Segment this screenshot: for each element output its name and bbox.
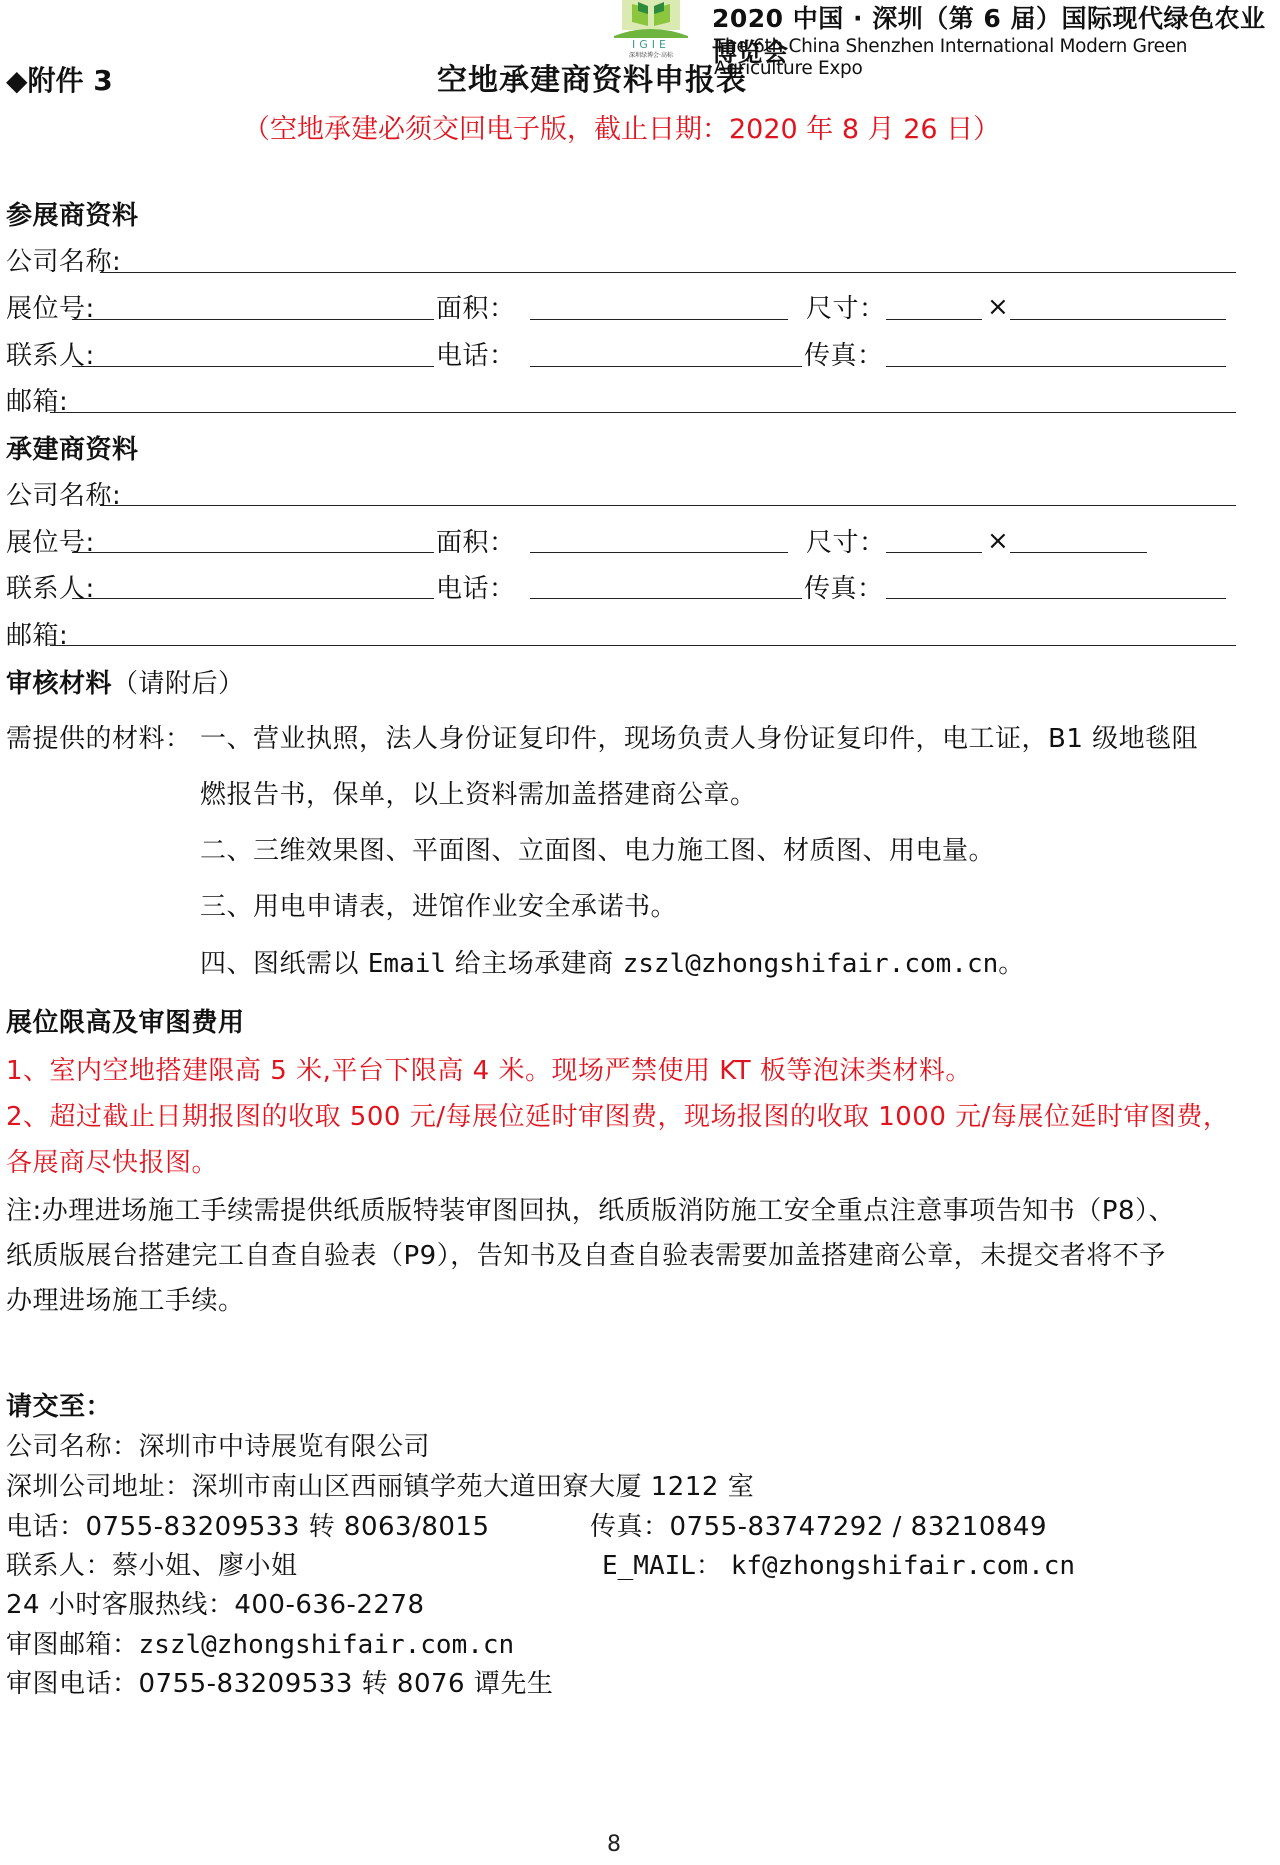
note-line-3: 办理进场施工手续。: [6, 1284, 245, 1318]
submit-fax: 传真：0755-83747292 / 83210849: [590, 1510, 1047, 1544]
review-item-1-cont: 燃报告书，保单，以上资料需加盖搭建商公章。: [200, 778, 757, 812]
exhibitor-size-label: 尺寸：: [806, 292, 886, 326]
submit-review-phone: 审图电话：0755-83209533 转 8076 谭先生: [6, 1667, 553, 1701]
exhibitor-company-field[interactable]: [100, 272, 1236, 273]
contractor-heading: 承建商资料: [6, 433, 139, 467]
limits-heading: 展位限高及审图费用: [6, 1006, 245, 1040]
contractor-company-field[interactable]: [100, 505, 1236, 506]
exhibitor-phone-label: 电话：: [436, 339, 516, 373]
exhibitor-fax-field[interactable]: [886, 366, 1226, 367]
expo-title-en: The 6th China Shenzhen International Mod…: [714, 36, 1280, 80]
contractor-booth-label: 展位号:: [6, 526, 95, 560]
page-number: 8: [607, 1830, 621, 1860]
svg-text:深圳绿博会·高标: 深圳绿博会·高标: [629, 51, 674, 58]
submit-hotline: 24 小时客服热线：400-636-2278: [6, 1588, 425, 1622]
contractor-size-height-field[interactable]: [1010, 552, 1147, 553]
exhibitor-email-field[interactable]: [50, 412, 1236, 413]
contractor-area-field[interactable]: [530, 552, 788, 553]
exhibitor-contact-label: 联系人:: [6, 339, 95, 373]
submit-email-row: E_MAIL： kf@zhongshifair.com.cn: [602, 1549, 1075, 1583]
submit-email-label: E_MAIL：: [602, 1551, 722, 1581]
exhibitor-size-width-field[interactable]: [886, 319, 982, 320]
review-heading: 审核材料: [6, 669, 112, 699]
note-line-2: 纸质版展台搭建完工自查自验表（P9），告知书及自查自验表需要加盖搭建商公章，未提…: [6, 1239, 1166, 1273]
contractor-fax-field[interactable]: [886, 598, 1226, 599]
note-line-1: 注:办理进场施工手续需提供纸质版特装审图回执，纸质版消防施工安全重点注意事项告知…: [6, 1194, 1175, 1228]
submit-contact: 联系人：蔡小姐、廖小姐: [6, 1549, 298, 1583]
submit-phone: 电话：0755-83209533 转 8063/8015: [6, 1510, 490, 1544]
exhibitor-booth-field[interactable]: [72, 319, 434, 320]
submit-company: 公司名称：深圳市中诗展览有限公司: [6, 1430, 430, 1464]
times-sign: ×: [987, 524, 1009, 558]
contractor-size-label: 尺寸：: [806, 526, 886, 560]
review-item-1: 一、营业执照，法人身份证复印件，现场负责人身份证复印件，电工证，B1 级地毯阻: [200, 722, 1198, 756]
exhibitor-contact-field[interactable]: [72, 366, 434, 367]
contractor-email-field[interactable]: [50, 645, 1236, 646]
contractor-contact-label: 联系人:: [6, 572, 95, 606]
submit-review-email-label: 审图邮箱：: [6, 1630, 139, 1660]
submit-review-email-row: 审图邮箱：zszl@zhongshifair.com.cn: [6, 1628, 514, 1662]
deadline-subtitle: （空地承建必须交回电子版，截止日期：2020 年 8 月 26 日）: [243, 112, 1000, 148]
contractor-fax-label: 传真：: [804, 572, 884, 606]
igie-logo-icon: IGIE 深圳绿博会·高标: [612, 0, 692, 58]
review-heading-note: （请附后）: [112, 669, 245, 699]
exhibitor-email-label: 邮箱:: [6, 385, 68, 419]
exhibitor-phone-field[interactable]: [530, 366, 802, 367]
contractor-phone-field[interactable]: [530, 598, 802, 599]
submit-review-email-link[interactable]: zszl@zhongshifair.com.cn: [139, 1630, 515, 1660]
contractor-size-width-field[interactable]: [886, 552, 982, 553]
svg-text:IGIE: IGIE: [632, 38, 670, 51]
review-item-2: 二、三维效果图、平面图、立面图、电力施工图、材质图、用电量。: [200, 834, 995, 868]
contractor-email-label: 邮箱:: [6, 619, 68, 653]
submit-address: 深圳公司地址：深圳市南山区西丽镇学苑大道田寮大厦 1212 室: [6, 1470, 754, 1504]
review-email-link[interactable]: zszl@zhongshifair.com.cn: [623, 949, 999, 979]
exhibitor-booth-label: 展位号:: [6, 292, 95, 326]
annex-label: ◆附件 3: [6, 62, 113, 100]
submit-heading: 请交至：: [6, 1390, 112, 1424]
times-sign: ×: [987, 290, 1009, 324]
exhibitor-area-field[interactable]: [530, 319, 788, 320]
exhibitor-size-height-field[interactable]: [1010, 319, 1226, 320]
page-title: 空地承建商资料申报表: [437, 62, 747, 100]
contractor-booth-field[interactable]: [72, 552, 434, 553]
review-lead: 需提供的材料：: [6, 722, 192, 756]
contractor-company-label: 公司名称:: [6, 479, 121, 513]
exhibitor-fax-label: 传真：: [804, 339, 884, 373]
exhibitor-heading: 参展商资料: [6, 199, 139, 233]
contractor-area-label: 面积：: [436, 526, 516, 560]
review-item-4: 四、图纸需以 Email 给主场承建商 zszl@zhongshifair.co…: [200, 947, 1025, 981]
contractor-phone-label: 电话：: [436, 572, 516, 606]
review-item-3: 三、用电申请表，进馆作业安全承诺书。: [200, 890, 677, 924]
exhibitor-area-label: 面积：: [436, 292, 516, 326]
submit-email-link[interactable]: kf@zhongshifair.com.cn: [731, 1551, 1075, 1581]
limits-rule-2-cont: 各展商尽快报图。: [6, 1146, 218, 1180]
limits-rule-2: 2、超过截止日期报图的收取 500 元/每展位延时审图费，现场报图的收取 100…: [6, 1100, 1229, 1134]
review-heading-row: 审核材料（请附后）: [6, 667, 245, 701]
exhibitor-company-label: 公司名称:: [6, 245, 121, 279]
contractor-contact-field[interactable]: [72, 598, 434, 599]
limits-rule-1: 1、室内空地搭建限高 5 米,平台下限高 4 米。现场严禁使用 KT 板等泡沫类…: [6, 1054, 972, 1088]
